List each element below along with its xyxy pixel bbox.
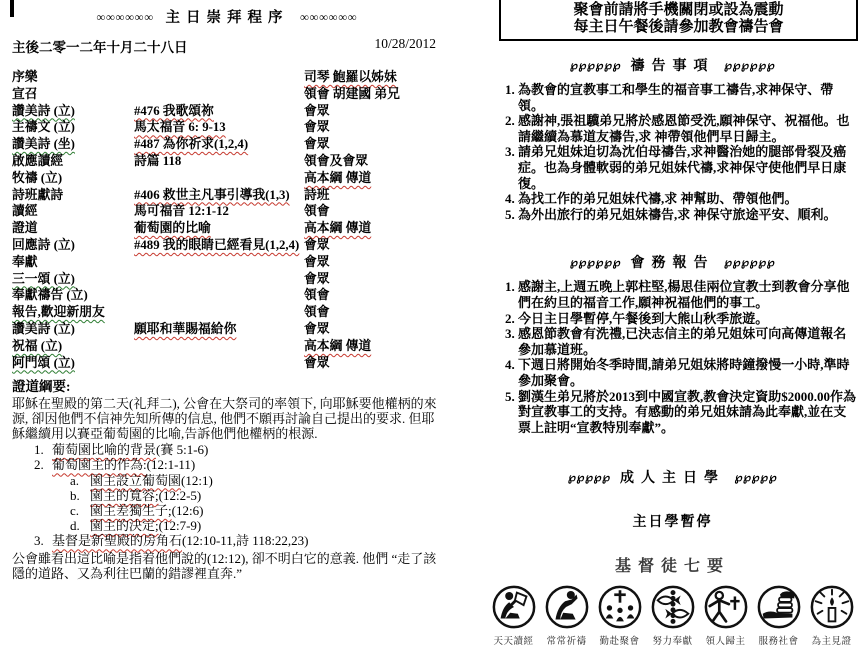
prayer-item: 為教會的宣教事工和學生的福音事工禱告,求神保守、帶領。 xyxy=(518,82,858,113)
text-cursor xyxy=(10,0,14,17)
announcements-column: 聚會前請將手機關閉或設為震動 每主日午餐後請參加教會禱告會 ℘℘℘℘℘℘ 禱告事… xyxy=(487,0,858,647)
prayer-item: 為找工作的弟兄姐妹代禱,求 神幫助、帶領他們。 xyxy=(518,191,858,207)
report-items-list: 感謝主,上週五晚上郭柱堅,楊思佳兩位宣教士到教會分享他們在約旦的福音工作,願神祝… xyxy=(487,279,858,435)
program-row: 讚美詩 (坐)#487 為你祈求(1,2,4)會眾 xyxy=(12,133,442,150)
prayer-item: 感謝神,張祖驥弟兄將於感恩節受洗,願神保守、祝福他。也請繼續為慕道友禱告,求 神… xyxy=(518,113,858,144)
scroll-ornament: ℘℘℘℘℘ xyxy=(735,472,778,484)
notice-line-2: 每主日午餐後請參加教會禱告會 xyxy=(501,19,856,36)
essential-item: 天天讀經 xyxy=(489,584,538,647)
outline-subpoint: a.園主設立葡萄園(12:1) xyxy=(12,473,442,488)
essential-item: 常常祈禱 xyxy=(542,584,591,647)
service-icon xyxy=(756,584,802,630)
praying-icon xyxy=(544,584,590,630)
report-item: 劉漢生弟兄將於2013到中國宣教,教會決定資助$2000.00作為對宣教事工的支… xyxy=(518,389,858,436)
outline-point: 1.葡萄園比喻的背景(賽 5:1-6) xyxy=(12,442,442,457)
program-row: 回應詩 (立)#489 我的眼睛已經看見(1,2,4)會眾 xyxy=(12,234,442,251)
sermon-outline-points: 1.葡萄園比喻的背景(賽 5:1-6) 2.葡萄園主的作為:(12:1-11) … xyxy=(12,442,442,548)
program-row: 宣召領會 胡建國 弟兄 xyxy=(12,83,442,100)
seven-essentials-icons: 天天讀經 常常祈禱 xyxy=(487,584,858,647)
chain-ornament-right: ∞∞∞∞∞∞ xyxy=(300,10,357,24)
notice-line-1: 聚會前請將手機關閉或設為震動 xyxy=(501,2,856,19)
scroll-ornament: ℘℘℘℘℘℘ xyxy=(724,60,775,72)
program-row: 阿門頌 (立)會眾 xyxy=(12,352,442,369)
evangelism-icon xyxy=(703,584,749,630)
adult-sunday-school-heading: ℘℘℘℘℘ 成人主日學 ℘℘℘℘℘ xyxy=(487,467,858,487)
scroll-ornament: ℘℘℘℘℘℘ xyxy=(570,257,621,269)
program-row: 奉獻禱告 (立)領會 xyxy=(12,284,442,301)
outline-subpoint: c.園主差獨生子;(12:6) xyxy=(12,503,442,518)
report-item: 感恩節教會有洗禮,已決志信主的弟兄姐妹可向高傳道報名參加慕道班。 xyxy=(518,326,858,357)
sermon-outline-closing: 公會雖看出這比喻是指着他們說的(12:12), 卻不明白它的意義. 他們 “走了… xyxy=(12,551,442,581)
witness-candle-icon xyxy=(809,584,855,630)
scroll-ornament: ℘℘℘℘℘℘ xyxy=(724,257,775,269)
essential-item: 服務社會 xyxy=(754,584,803,647)
seven-essentials-title: 基督徒七要 xyxy=(487,553,858,576)
program-row: 奉獻會眾 xyxy=(12,251,442,268)
prayer-item: 為外出旅行的弟兄姐妹禱告,求 神保守旅途平安、順利。 xyxy=(518,207,858,223)
prayer-section-heading: ℘℘℘℘℘℘ 禱告事項 ℘℘℘℘℘℘ xyxy=(487,55,858,75)
offering-icon xyxy=(650,584,696,630)
date-chinese: 主後二零一二年十月二十八日 xyxy=(12,36,188,56)
outline-point: 3.基督是新聖殿的房角石(12:10-11,詩 118:22,23) xyxy=(12,533,442,548)
sermon-outline-heading: 證道綱要: xyxy=(12,379,442,394)
program-row: 讀經馬可福音 12:1-12領會 xyxy=(12,200,442,217)
program-row: 祝福 (立)高本綱 傳道 xyxy=(12,335,442,352)
report-section-heading: ℘℘℘℘℘℘ 會務報告 ℘℘℘℘℘℘ xyxy=(487,252,858,272)
essential-item: 努力奉獻 xyxy=(648,584,697,647)
program-row: 讚美詩 (立)願耶和華賜福給你會眾 xyxy=(12,318,442,335)
essential-item: 領人歸主 xyxy=(701,584,750,647)
worship-order-column: ∞∞∞∞∞∞ 主日崇拜程序 ∞∞∞∞∞∞ 主後二零一二年十月二十八日 10/28… xyxy=(12,0,442,581)
sunday-school-note: 主日學暫停 xyxy=(487,511,858,531)
program-row: 報告,歡迎新朋友領會 xyxy=(12,301,442,318)
date-line: 主後二零一二年十月二十八日 10/28/2012 xyxy=(12,36,442,56)
sermon-outline: 證道綱要: 耶穌在聖殿的第二天(礼拜二), 公會在大祭司的率領下, 向耶穌要他權… xyxy=(12,379,442,581)
date-numeric: 10/28/2012 xyxy=(374,36,436,56)
sermon-outline-intro: 耶穌在聖殿的第二天(礼拜二), 公會在大祭司的率領下, 向耶穌要他權柄的來源, … xyxy=(12,396,442,442)
church-bulletin-page: ∞∞∞∞∞∞ 主日崇拜程序 ∞∞∞∞∞∞ 主後二零一二年十月二十八日 10/28… xyxy=(0,0,858,657)
scroll-ornament: ℘℘℘℘℘ xyxy=(568,472,611,484)
scroll-ornament: ℘℘℘℘℘℘ xyxy=(570,60,621,72)
program-row: 主禱文 (立)馬太福音 6: 9-13會眾 xyxy=(12,116,442,133)
program-row: 啟應讀經詩篇 118領會及會眾 xyxy=(12,150,442,167)
seven-essentials-section: 基督徒七要 天天讀經 xyxy=(487,553,858,647)
program-row: 詩班獻詩#406 救世主凡事引導我(1,3)詩班 xyxy=(12,184,442,201)
program-row: 證道葡萄園的比喻高本綱 傳道 xyxy=(12,217,442,234)
outline-subpoint: d.園主的決定;(12:7-9) xyxy=(12,518,442,533)
gathering-icon xyxy=(597,584,643,630)
worship-order-title: ∞∞∞∞∞∞ 主日崇拜程序 ∞∞∞∞∞∞ xyxy=(12,6,442,27)
outline-point: 2.葡萄園主的作為:(12:1-11) xyxy=(12,457,442,472)
report-item: 下週日將開始冬季時間,請弟兄姐妹將時鐘撥慢一小時,準時參加聚會。 xyxy=(518,357,858,388)
essential-item: 為主見證 xyxy=(807,584,856,647)
program-row: 牧禱 (立)高本綱 傳道 xyxy=(12,167,442,184)
prayer-items-list: 為教會的宣教事工和學生的福音事工禱告,求神保守、帶領。 感謝神,張祖驥弟兄將於感… xyxy=(487,82,858,222)
outline-subpoint: b.園主的寬容;(12:2-5) xyxy=(12,488,442,503)
program-row: 讚美詩 (立)#476 我歌頌祢會眾 xyxy=(12,100,442,117)
order-of-worship-list: 序樂司琴 鮑羅以姊妹 宣召領會 胡建國 弟兄 讚美詩 (立)#476 我歌頌祢會… xyxy=(12,66,442,368)
report-item: 今日主日學暫停,午餐後到大熊山秋季旅遊。 xyxy=(518,311,858,327)
program-row: 三一頌 (立)會眾 xyxy=(12,268,442,285)
report-item: 感謝主,上週五晚上郭柱堅,楊思佳兩位宣教士到教會分享他們在約旦的福音工作,願神祝… xyxy=(518,279,858,310)
program-row: 序樂司琴 鮑羅以姊妹 xyxy=(12,66,442,83)
essential-item: 勤赴聚會 xyxy=(595,584,644,647)
page-title: 主日崇拜程序 xyxy=(166,10,289,26)
chain-ornament-left: ∞∞∞∞∞∞ xyxy=(97,10,154,24)
reading-icon xyxy=(491,584,537,630)
notice-box: 聚會前請將手機關閉或設為震動 每主日午餐後請參加教會禱告會 xyxy=(499,0,858,41)
prayer-item: 請弟兄姐妹迫切為沈伯母禱告,求神醫治她的腿部骨裂及癌症。也為身體軟弱的弟兄姐妹代… xyxy=(518,144,858,191)
